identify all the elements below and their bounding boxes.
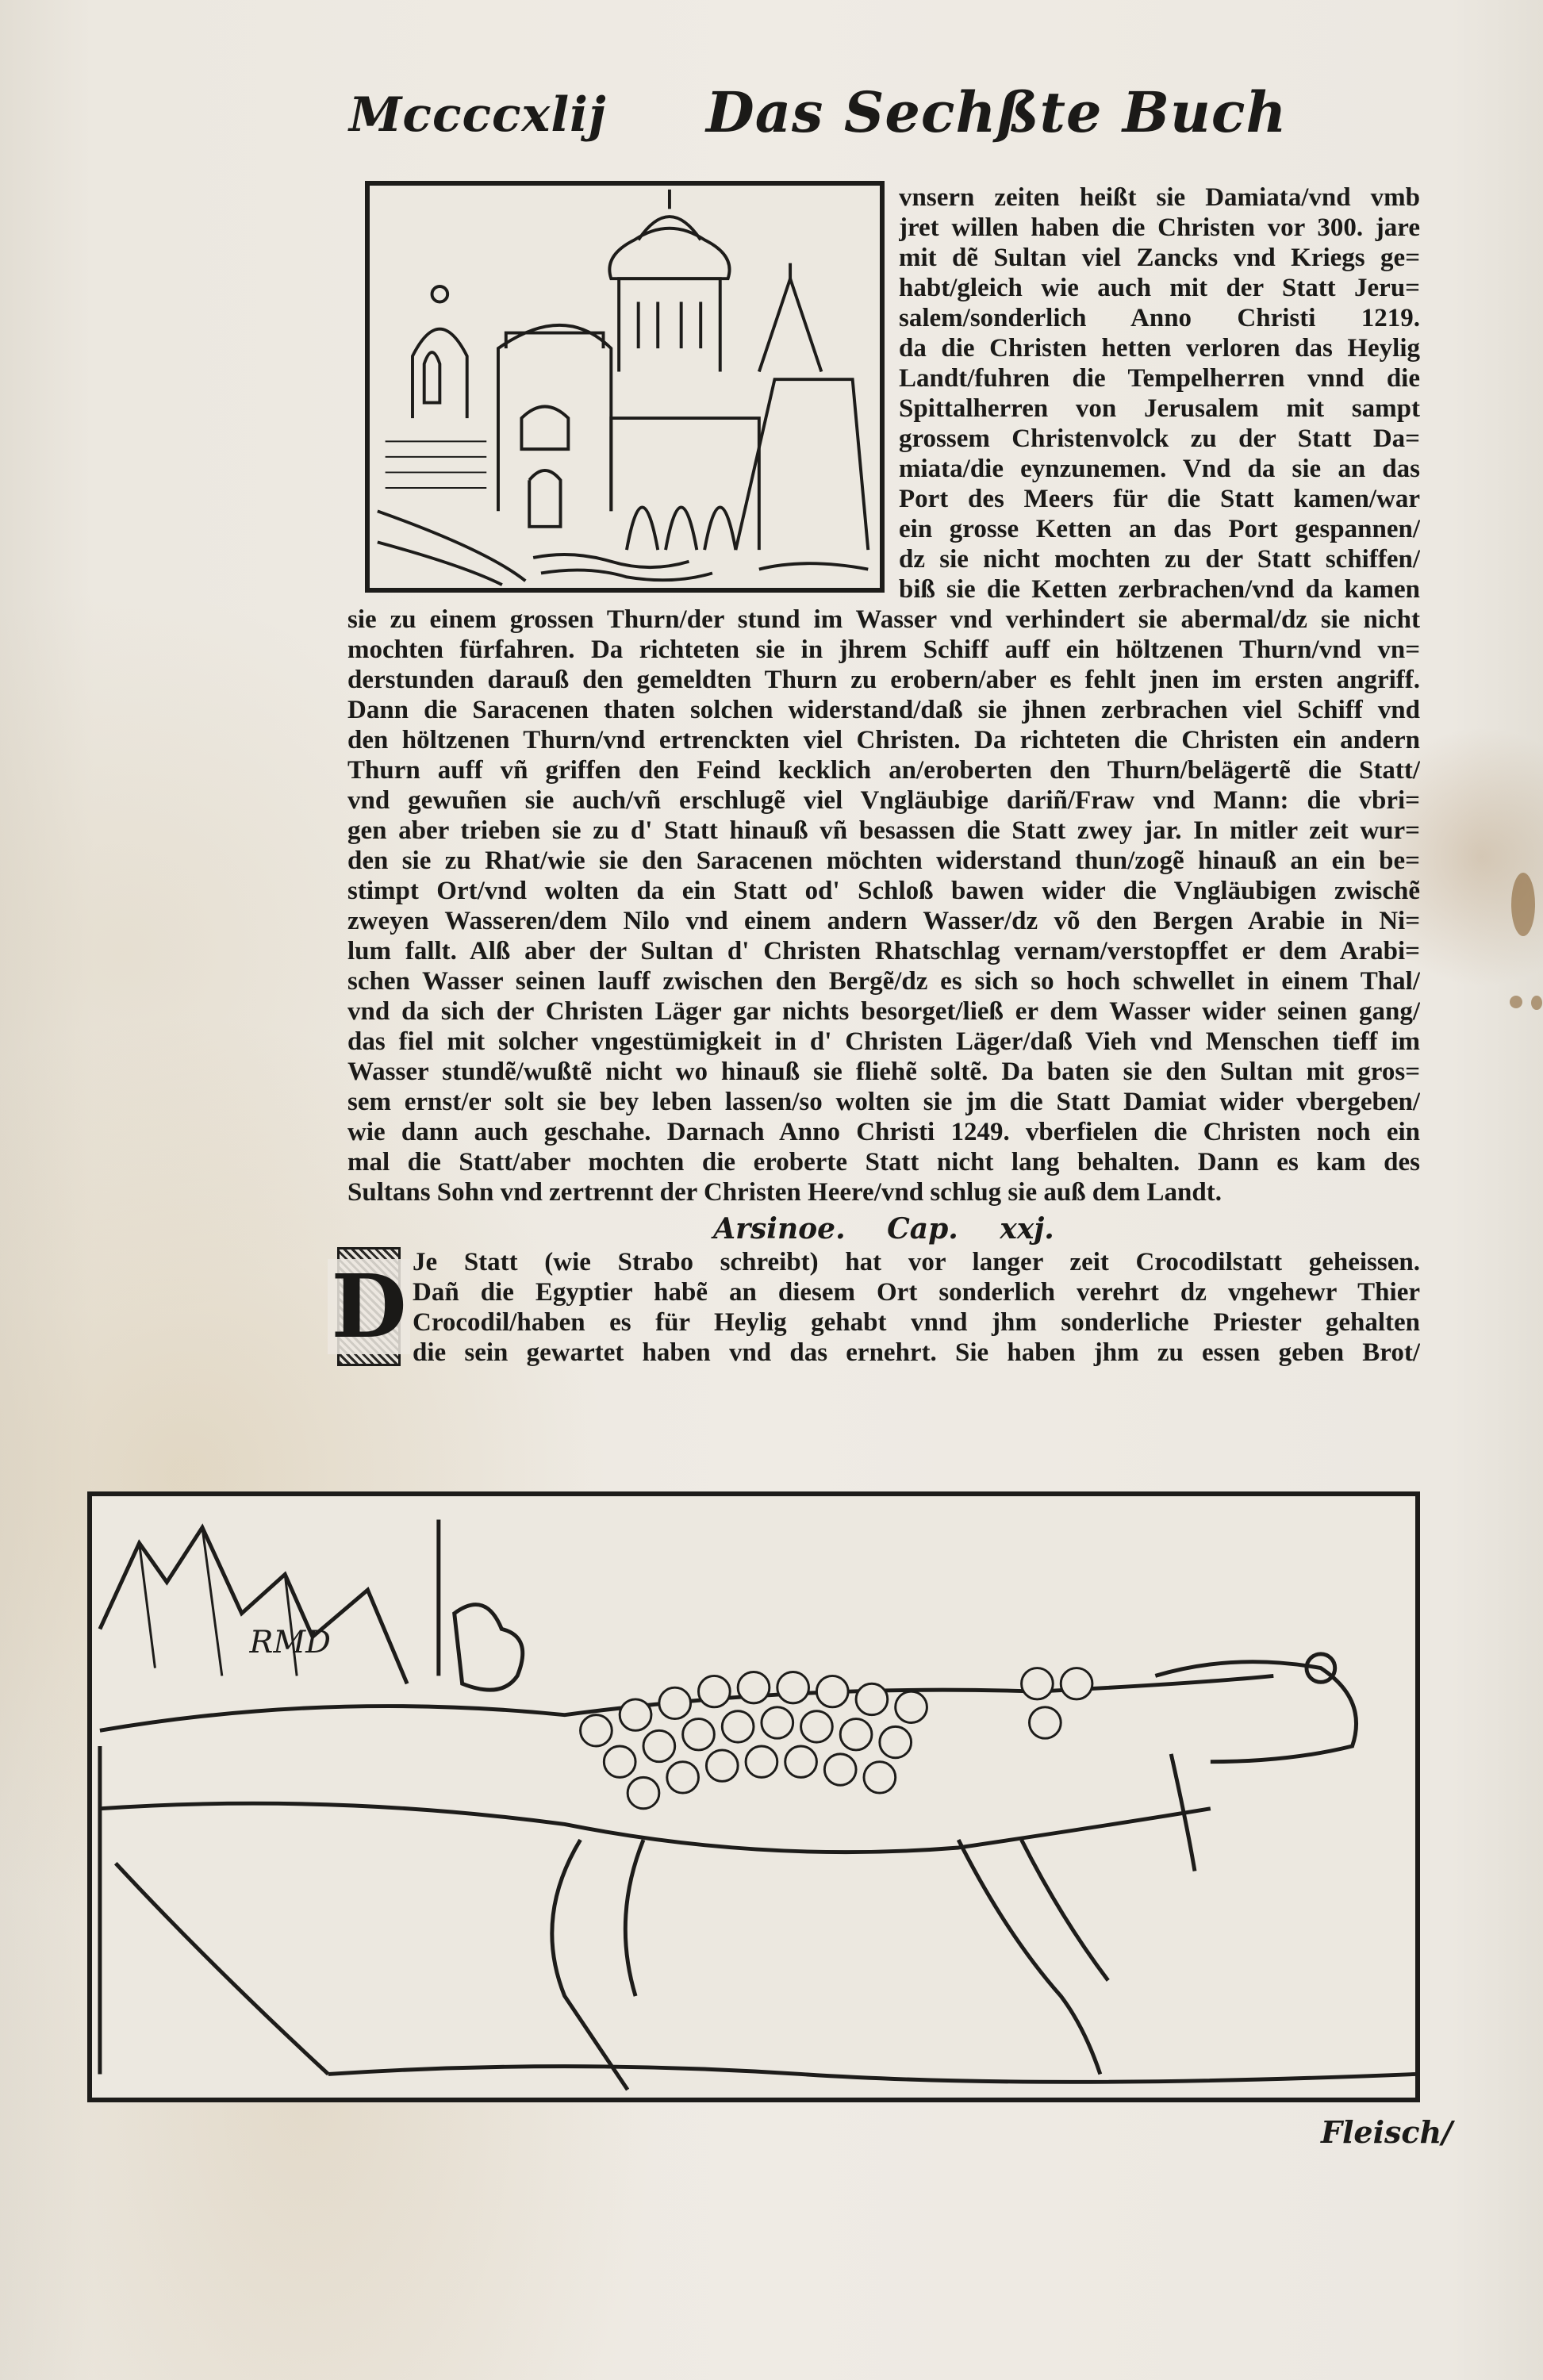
text-line: Crocodil/haben es für Heylig gehabt vnnd… xyxy=(413,1307,1420,1338)
city-woodcut xyxy=(365,181,885,593)
text-line: da die Christen hetten verloren das Heyl… xyxy=(899,333,1420,363)
text-line: zweyen Wasseren/dem Nilo vnd einem ander… xyxy=(347,906,1420,936)
text-line: schen Wasser seinen lauff zwischen den B… xyxy=(347,966,1420,996)
text-line: das fiel mit solcher vngestümigkeit in d… xyxy=(347,1027,1420,1057)
text-line: mal die Statt/aber mochten die eroberte … xyxy=(347,1147,1420,1177)
text-line: ein grosse Ketten an das Port gespannen/ xyxy=(899,514,1420,544)
text-line: Thurn auff vñ griffen den Feind kecklich… xyxy=(347,755,1420,785)
text-line: vnsern zeiten heißt sie Damiata/vnd vmb xyxy=(899,182,1420,213)
text-line: derstunden darauß den gemeldten Thurn zu… xyxy=(347,665,1420,695)
text-line: mochten fürfahren. Da richteten sie in j… xyxy=(347,635,1420,665)
text-line: Port des Meers für die Statt kamen/war xyxy=(899,484,1420,514)
text-line: die sein gewartet haben vnd das ernehrt.… xyxy=(413,1338,1420,1368)
text-line: vnd gewuñen sie auch/vñ erschlugẽ viel V… xyxy=(347,785,1420,816)
text-line: gen aber trieben sie zu d' Statt hinauß … xyxy=(347,816,1420,846)
text-line: Spittalherren von Jerusalem mit sampt xyxy=(899,393,1420,424)
text-line: habt/gleich wie auch mit der Statt Jeru= xyxy=(899,273,1420,303)
text-line: Sultans Sohn vnd zertrennt der Christen … xyxy=(347,1177,1420,1207)
text-line: salem/sonderlich Anno Christi 1219. xyxy=(899,303,1420,333)
text-line: Landt/fuhren die Tempelherren vnnd die xyxy=(899,363,1420,393)
text-line: Dañ die Egyptier habẽ an diesem Ort sond… xyxy=(413,1277,1420,1307)
text-line: den sie zu Rhat/wie sie den Saracenen mö… xyxy=(347,846,1420,876)
crocodile-woodcut-illustration: RMD xyxy=(92,1496,1415,2098)
text-line: grossem Christenvolck zu der Statt Da= xyxy=(899,424,1420,454)
text-line: stimpt Ort/vnd wolten da ein Statt od' S… xyxy=(347,876,1420,906)
text-line: Wasser stundẽ/wußtẽ nicht wo hinauß sie … xyxy=(347,1057,1420,1087)
text-line: sie zu einem grossen Thurn/der stund im … xyxy=(347,605,1420,635)
text-line: vnd da sich der Christen Läger gar nicht… xyxy=(347,996,1420,1027)
monogram: RMD xyxy=(249,1624,331,1660)
folio-number: Mccccxlij xyxy=(349,87,607,143)
text-line: miata/die eynzunemen. Vnd da sie an das xyxy=(899,454,1420,484)
paper-stain xyxy=(1511,873,1535,936)
drop-cap-initial: D xyxy=(337,1247,401,1366)
crocodile-woodcut: RMD xyxy=(87,1491,1420,2102)
text-line: jret willen haben die Christen vor 300. … xyxy=(899,213,1420,243)
paper-stain xyxy=(1510,996,1522,1008)
text-line: wie dann auch geschahe. Darnach Anno Chr… xyxy=(347,1117,1420,1147)
text-line: den höltzenen Thurn/vnd ertrenckten viel… xyxy=(347,725,1420,755)
text-line: sem ernst/er solt sie bey leben lassen/s… xyxy=(347,1087,1420,1117)
running-title: Das Sechßte Buch xyxy=(706,79,1287,145)
paper-stain xyxy=(1531,996,1542,1010)
text-line: mit dẽ Sultan viel Zancks vnd Kriegs ge= xyxy=(899,243,1420,273)
text-line: Je Statt (wie Strabo schreibt) hat vor l… xyxy=(413,1247,1420,1277)
catchword: Fleisch/ xyxy=(1321,2114,1453,2150)
text-line: Dann die Saracenen thaten solchen widers… xyxy=(347,695,1420,725)
drop-cap-letter: D xyxy=(328,1259,409,1354)
chapter-heading: Arsinoe. Cap. xxj. xyxy=(347,1212,1420,1246)
text-line: biß sie die Ketten zerbrachen/vnd da kam… xyxy=(899,574,1420,605)
text-line: lum fallt. Alß aber der Sultan d' Christ… xyxy=(347,936,1420,966)
text-line: dz sie nicht mochten zu der Statt schiff… xyxy=(899,544,1420,574)
city-woodcut-illustration xyxy=(370,186,880,588)
